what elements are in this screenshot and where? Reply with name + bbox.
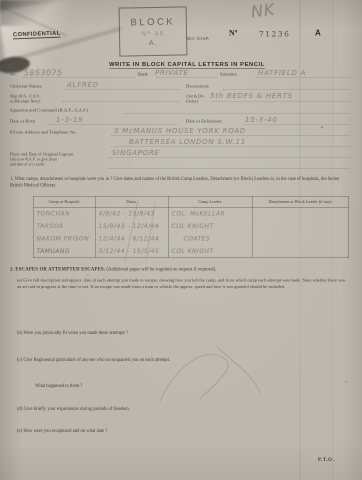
- field-rule: [111, 146, 350, 147]
- corner-shadow: [0, 0, 55, 26]
- number-suffix: A: [315, 29, 321, 38]
- camp-name: TONCHAN: [37, 210, 71, 217]
- camp-leader: COATES: [184, 235, 211, 242]
- camps-table-header-row: Camp or Hospital. Dates. Camp Leader. De…: [34, 197, 349, 208]
- unit-div-value: 5th BEDFS & HERTS: [210, 92, 293, 100]
- pto-label: P.T.O.: [318, 457, 334, 463]
- field-rule: [62, 101, 180, 102]
- field-rule: [111, 135, 350, 136]
- field-rule: [108, 157, 350, 158]
- question-2b-text: (b) Were you physically fit when you mad…: [17, 330, 128, 337]
- paper-sheet: CONFIDENTIAL BLOCK Nº 46 A. NK M.I. 9/JA…: [0, 0, 362, 480]
- paper-speckle: [345, 381, 347, 383]
- field-rule: [124, 113, 350, 114]
- camp-dates: 3/12/44 - 15/5/45: [99, 248, 160, 255]
- camp-leader: COL KNIGHT: [172, 223, 214, 230]
- capture-label: Place and Date of Original Capture (Airc…: [10, 152, 73, 167]
- form-reference: M.I. 9/JAP/: [187, 36, 210, 41]
- table-row: TONCHAN 4/8/42 - 15/9/43 COL. McKELLAR: [34, 208, 349, 221]
- field-rule: [108, 168, 350, 169]
- table-row: NAKOM PRISON 12/4/44 - 6/12/44 COATES: [34, 233, 349, 246]
- camp-name: TARSOA: [37, 223, 64, 230]
- date-of-enlistment-label: Date of Enlistment: [186, 119, 222, 124]
- question-2d-text: (d) Give briefly your experiences during…: [17, 406, 130, 413]
- squadron-label: Squadron and Command (R.A.F., A.A.F.): [10, 108, 88, 113]
- camp-name: NAKOM PRISON: [37, 235, 90, 242]
- scanned-document-page: CONFIDENTIAL BLOCK Nº 46 A. NK M.I. 9/JA…: [0, 0, 362, 480]
- header-camp-or-hospital: Camp or Hospital.: [34, 197, 96, 208]
- form-title: WRITE IN BLOCK CAPITAL LETTERS IN PENCIL: [12, 60, 362, 69]
- pencil-annotation: NK: [250, 0, 276, 21]
- surname-label: Surname: [220, 72, 237, 77]
- decorations-label: Decorations: [186, 84, 209, 89]
- field-rule: [223, 89, 350, 90]
- stamp-block-text: BLOCK: [130, 16, 175, 28]
- date-of-birth-label: Date of Birth: [10, 119, 35, 124]
- field-rule: [244, 124, 350, 125]
- table-row: TARSOA 15/9/43 - 12/4/44 COL KNIGHT: [34, 220, 349, 233]
- field-rule: [212, 101, 350, 102]
- christian-names-label: Christian Names: [10, 84, 42, 89]
- stamp-number-text: Nº 46: [141, 29, 165, 37]
- pencil-scribble: [146, 330, 270, 415]
- question-1-text: 1. What camps, detachments or hospitals …: [10, 176, 349, 189]
- header-dates: Dates.: [96, 197, 169, 208]
- question-2a-text: (a) Give full description and approx. da…: [17, 277, 348, 290]
- ship-label: Ship (R.N., U.S.N. or Merchant Navy): [10, 94, 40, 104]
- camp-name: TAMUANG: [37, 248, 71, 255]
- header-camp-leader: Camp Leader.: [169, 197, 253, 208]
- address-value-line2: BATTERSEA LONDON S.W.11: [129, 138, 246, 146]
- questionnaire-number: 71236: [259, 30, 290, 39]
- stamp-letter-text: A.: [149, 38, 158, 46]
- block-number-stamp: BLOCK Nº 46 A.: [119, 6, 188, 56]
- question-2e-text: (e) How were you recaptured and on what …: [17, 428, 107, 435]
- rank-value: PRIVATE: [155, 69, 189, 77]
- christian-names-value: ALFRED: [67, 81, 99, 89]
- camp-leader: COL KNIGHT: [172, 248, 214, 255]
- unit-div-label: Unit & Div. (Army): [186, 94, 205, 104]
- paper-speckle: [87, 274, 89, 276]
- date-of-enlistment-value: 15-3-40: [245, 116, 278, 124]
- field-rule: [48, 124, 178, 125]
- camp-dates: 4/8/42 - 15/9/43: [99, 210, 155, 217]
- header-detachment-leader: Detachment or Block Leader (if any).: [253, 197, 349, 208]
- camp-leader: COL. McKELLAR: [172, 210, 226, 217]
- surname-value: HATFIELD A: [258, 69, 306, 77]
- capture-place-value: SINGAPORE: [112, 149, 160, 157]
- address-label: Private Address and Telephone No.: [10, 130, 77, 135]
- service-number-value: 5953075: [24, 69, 63, 78]
- camps-table: Camp or Hospital. Dates. Camp Leader. De…: [33, 196, 349, 258]
- field-rule: [65, 89, 180, 90]
- question-2-heading: 2. ESCAPES OR ATTEMPTED ESCAPES. (Additi…: [10, 267, 216, 272]
- paper-speckle: [321, 126, 323, 128]
- no-label: No.: [10, 72, 17, 77]
- date-of-birth-value: 1-3-19: [56, 116, 83, 124]
- number-symbol: Nº: [229, 29, 237, 38]
- field-rule: [156, 77, 218, 78]
- rank-label: Rank: [138, 72, 148, 77]
- table-row: TAMUANG 3/12/44 - 15/5/45 COL KNIGHT: [34, 245, 349, 258]
- field-rule: [256, 77, 350, 78]
- address-value-line1: 3 McMANUS HOUSE YORK ROAD: [114, 127, 246, 135]
- question-2c-followup-text: What happened to them ?: [35, 383, 83, 390]
